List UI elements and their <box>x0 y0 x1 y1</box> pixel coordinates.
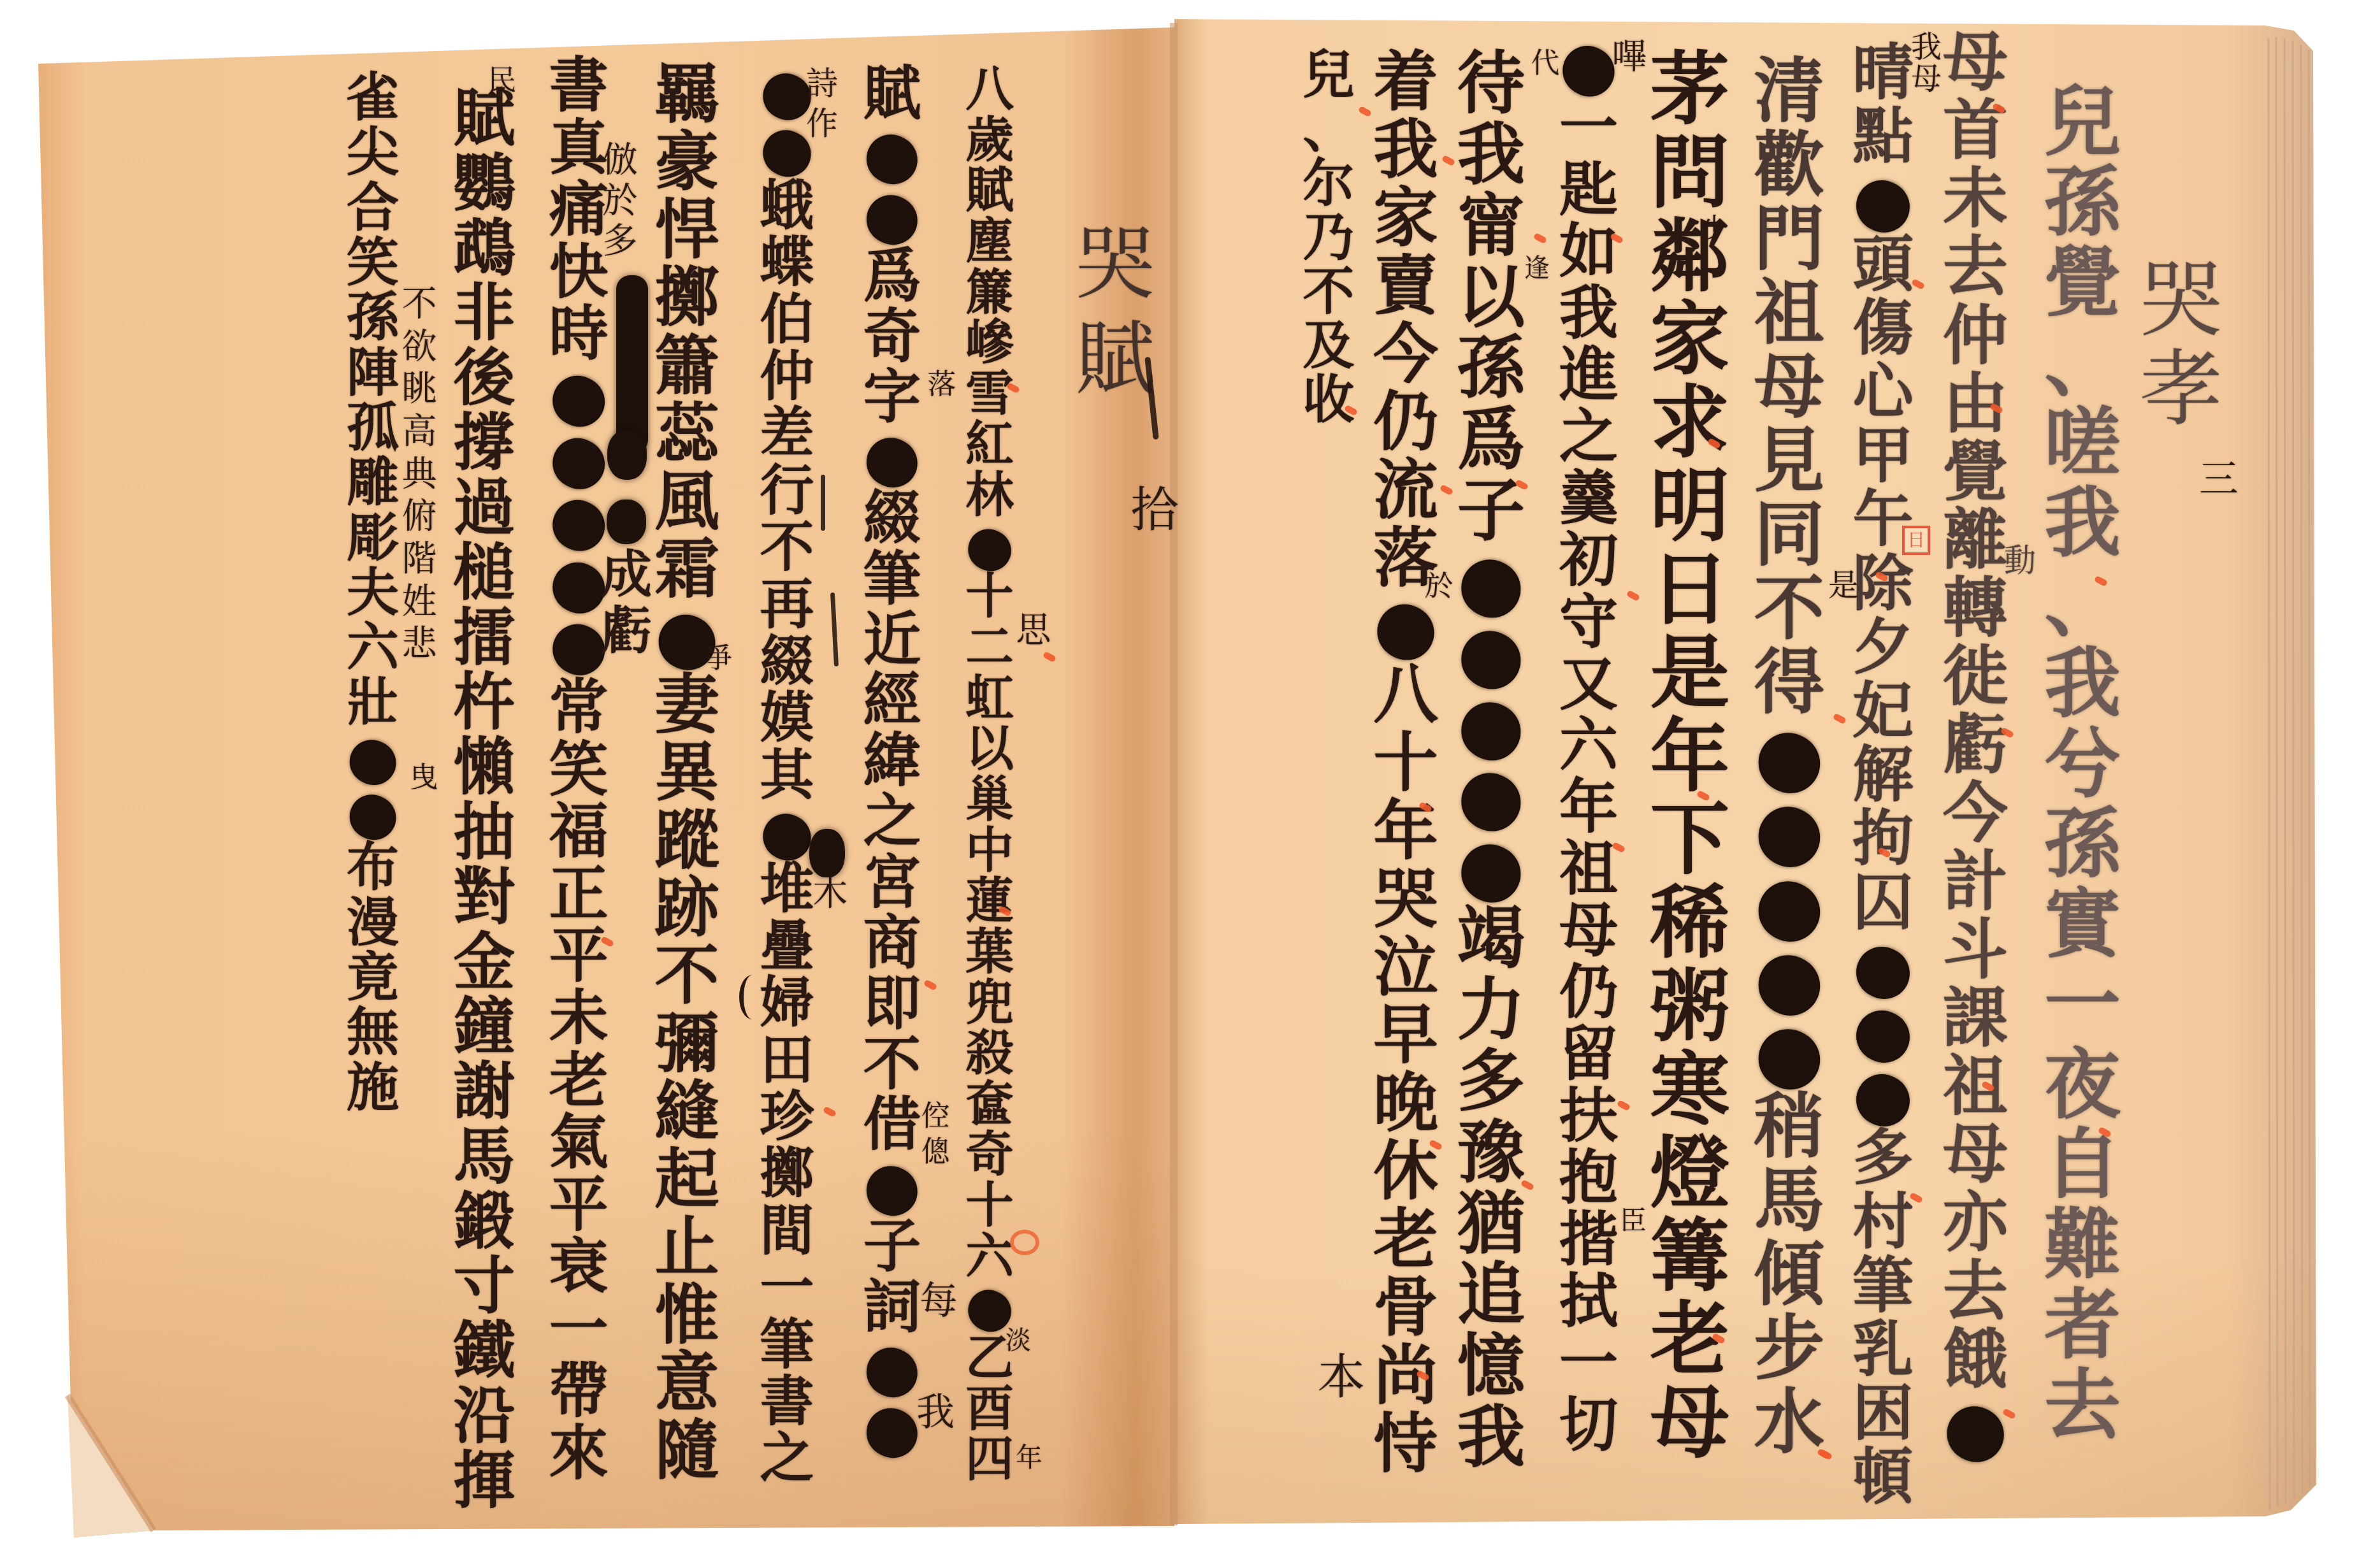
character: 不 <box>1747 572 1831 645</box>
character: 拾 <box>1126 486 1183 536</box>
character: 解 <box>1847 744 1919 807</box>
character: 我 <box>1450 1402 1532 1473</box>
character: 猶 <box>1450 1188 1532 1260</box>
character: 篝 <box>1642 1214 1737 1298</box>
character: 風 <box>648 468 725 535</box>
character: 常 <box>543 676 614 738</box>
ink-blot: ● <box>1847 1063 1919 1126</box>
character: 爲 <box>858 246 927 306</box>
character: 不 <box>754 519 819 576</box>
character: 母 <box>1937 29 2014 97</box>
character: 孫 <box>2037 163 2128 243</box>
character: 嗶 <box>1608 38 1650 75</box>
right-page-column-9: 兒、尔乃不及收 <box>1298 48 1360 427</box>
character: 簾 <box>961 267 1019 318</box>
character: 覺 <box>1937 438 2014 507</box>
character: 拘 <box>1847 807 1919 871</box>
ink-blot: ● <box>1367 593 1445 661</box>
character: 鐵 <box>447 1318 521 1383</box>
character: 計 <box>1937 848 2014 916</box>
character: 如 <box>1554 220 1624 282</box>
character: 一 <box>1554 97 1624 159</box>
right-page-column-3: 晴點●頭傷心甲午除夕妃解拘囚●●●多村筆乳困頓 <box>1847 41 1919 1510</box>
character: 傷 <box>1847 297 1919 361</box>
character: 壯 <box>342 675 404 730</box>
character: 懶 <box>447 735 521 800</box>
character: 一 <box>754 1260 819 1316</box>
character: 收 <box>1298 373 1360 427</box>
character: 之 <box>1554 406 1624 468</box>
right-page-title: 哭孝 <box>2132 255 2231 433</box>
ink-blot <box>607 430 647 480</box>
character: 來 <box>543 1422 614 1485</box>
ink-blot: ● <box>1747 793 1831 867</box>
character: 其 <box>754 747 819 804</box>
character: 、 <box>1298 102 1360 156</box>
character: 於 <box>1422 571 1456 601</box>
character: 葉 <box>961 926 1019 977</box>
right-page-section-number: 三 <box>2195 459 2242 500</box>
character: 鵡 <box>447 216 521 281</box>
character: 彌 <box>648 1010 725 1077</box>
left-page-column-6: 賦鸚鵡非後撐過槌擂杵懶抽對金鐘謝馬鍛寸鐵沿揮 <box>447 86 521 1513</box>
margin-note: 於 <box>1422 571 1456 601</box>
character: 平 <box>543 924 614 987</box>
character: 惟 <box>648 1281 725 1349</box>
left-page-column-7: 雀尖合笑孫陣孤雕彫夫六壯●●布漫竟無施 <box>342 70 404 1115</box>
character: 不 <box>858 1034 927 1095</box>
character: 孫 <box>2037 805 2128 885</box>
character: 多 <box>1450 1046 1532 1117</box>
ink-bracket-mark <box>739 975 765 1019</box>
character: 徙 <box>1937 643 2014 711</box>
character: 杵 <box>447 670 521 735</box>
character: 尚 <box>1367 1342 1445 1410</box>
character: 綴 <box>754 633 819 690</box>
character: 宮 <box>858 852 927 913</box>
character: 步 <box>1747 1311 1831 1385</box>
character: 三 <box>2195 459 2242 500</box>
character: 母 <box>1908 64 1945 96</box>
character: 子 <box>858 1216 927 1277</box>
character: 歲 <box>961 115 1019 166</box>
character: 倣 <box>599 140 641 180</box>
character: 去 <box>1937 1258 2014 1326</box>
ink-blot: ● <box>1847 169 1919 233</box>
character: 賦 <box>961 165 1019 216</box>
margin-note: 動 <box>2001 544 2039 578</box>
margin-note: 倣於多 <box>599 140 641 261</box>
character: 是 <box>1642 631 1737 715</box>
character: 欲 <box>398 325 440 368</box>
spine-shadow <box>1170 23 1178 1525</box>
character: 斗 <box>1937 916 2014 984</box>
character: 孝 <box>2132 344 2231 433</box>
character: 奇 <box>961 1129 1019 1180</box>
ink-blot: ● <box>1450 547 1532 618</box>
character: 筆 <box>754 1317 819 1374</box>
character: 傾 <box>1747 1237 1831 1311</box>
character: 臣 <box>1617 1207 1649 1235</box>
character: 追 <box>1450 1259 1532 1330</box>
character: 八 <box>1367 661 1445 729</box>
character: 傯 <box>918 1134 953 1170</box>
character: 羹 <box>1554 468 1624 529</box>
margin-note: 代 <box>1528 48 1562 78</box>
character: 八 <box>961 64 1019 115</box>
character: 乳 <box>1847 1318 1919 1382</box>
character: 平 <box>543 1174 614 1236</box>
character: 覺 <box>2037 243 2128 324</box>
character: 氣 <box>543 1111 614 1174</box>
character: 老 <box>543 1049 614 1112</box>
right-page-column-4: 清歡門祖母見同不得●●●●●稍馬傾步水 <box>1747 54 1831 1459</box>
character: 再 <box>754 577 819 633</box>
margin-note: 嗶 <box>1608 38 1650 75</box>
character: 餓 <box>1937 1326 2014 1394</box>
character: 自 <box>2037 1125 2128 1205</box>
ink-blot: ● <box>1747 719 1831 793</box>
character: 年 <box>1554 776 1624 838</box>
character: 伯 <box>754 292 819 349</box>
character: 稍 <box>1747 1090 1831 1163</box>
margin-note: 不欲眺高典俯階姓悲 <box>398 282 440 665</box>
ink-blot: ● <box>1450 618 1532 689</box>
margin-note: 倥傯 <box>918 1098 953 1170</box>
character: 爭 <box>701 643 735 673</box>
character: 兮 <box>2037 724 2128 805</box>
character: 漫 <box>342 895 404 950</box>
character: 點 <box>1847 105 1919 169</box>
character: 由 <box>1937 370 2014 438</box>
character: 筆 <box>1847 1255 1919 1318</box>
character: 進 <box>1554 344 1624 406</box>
character: 日 <box>1642 548 1737 631</box>
character: 匙 <box>1554 159 1624 220</box>
margin-note: 落 <box>925 369 959 399</box>
character: 布 <box>342 840 404 895</box>
character: 明 <box>1642 464 1737 548</box>
character: 縫 <box>648 1077 725 1145</box>
character: 每 <box>916 1281 962 1321</box>
character: 馬 <box>1747 1163 1831 1237</box>
character: 蛾 <box>754 178 819 234</box>
left-page-column-5: 書真痛快時●●●●●常笑福正平未老氣平衰一帶來 <box>543 54 614 1485</box>
character: 去 <box>1937 233 2014 301</box>
character: 得 <box>1747 645 1831 719</box>
ink-blot: ● <box>961 1281 1019 1332</box>
character: 筆 <box>858 549 927 610</box>
character: 木 <box>809 875 851 912</box>
ink-blot: ● <box>543 365 614 428</box>
character: 之 <box>754 1430 819 1487</box>
character: 福 <box>543 800 614 863</box>
character: 緯 <box>858 731 927 791</box>
character: 未 <box>543 987 614 1049</box>
character: 心 <box>1847 361 1919 424</box>
character: 下 <box>1642 798 1737 881</box>
red-seal: 日 <box>1902 526 1930 555</box>
ink-blot: ● <box>961 521 1019 572</box>
character: 早 <box>1367 1001 1445 1069</box>
character: 見 <box>1747 424 1831 498</box>
character: 羈 <box>648 61 725 128</box>
character: 妻 <box>648 671 725 738</box>
character: 鸚 <box>447 151 521 216</box>
character: 求 <box>1642 381 1737 464</box>
character: 撐 <box>447 410 521 475</box>
character: 流 <box>1367 456 1445 524</box>
character: 又 <box>1554 653 1624 715</box>
character: 、 <box>2037 324 2128 404</box>
character: 十 <box>961 571 1019 622</box>
character: 六 <box>1554 714 1624 776</box>
character: 綴 <box>858 488 927 549</box>
character: 過 <box>447 475 521 540</box>
character: 本 <box>1313 1353 1370 1403</box>
character: 悲 <box>398 622 440 665</box>
character: 槌 <box>447 540 521 605</box>
character: 歡 <box>1747 128 1831 202</box>
character: 尖 <box>342 125 404 180</box>
character: 水 <box>1747 1385 1831 1459</box>
character: 正 <box>543 863 614 925</box>
ink-blot: ● <box>858 185 927 245</box>
character: 田 <box>754 1032 819 1089</box>
character: 雪 <box>961 368 1019 419</box>
character: 以 <box>1450 262 1532 333</box>
character: 商 <box>858 913 927 974</box>
character: 燈 <box>1642 1132 1737 1215</box>
character: 我 <box>1450 119 1532 191</box>
character: 後 <box>447 345 521 410</box>
character: 我 <box>1554 282 1624 344</box>
character: 簫 <box>648 332 725 399</box>
character: 起 <box>648 1146 725 1213</box>
character: 初 <box>1554 529 1624 591</box>
character: 哭 <box>1067 217 1163 312</box>
character: 抽 <box>447 800 521 865</box>
character: 意 <box>648 1349 725 1416</box>
right-page-column-8: 着我家賣今仍流落●八十年哭泣早晚休老骨尚恃 <box>1367 48 1445 1478</box>
ink-blot: ● <box>1450 831 1532 903</box>
ink-blot <box>809 829 845 877</box>
character: 奩 <box>961 1079 1019 1130</box>
ink-blot: ● <box>858 428 927 488</box>
character: 擲 <box>754 1146 819 1202</box>
character: 不 <box>398 282 440 325</box>
margin-note: 逢 <box>1522 255 1552 282</box>
character: 年 <box>1642 715 1737 798</box>
character: 跡 <box>648 874 725 942</box>
margin-note: 我母 <box>1908 32 1945 96</box>
margin-note: 每 <box>916 1281 962 1321</box>
character: 豪 <box>648 128 725 196</box>
character: 着 <box>1367 48 1445 116</box>
character: 隨 <box>648 1416 725 1484</box>
left-page-number: 拾 <box>1126 486 1183 536</box>
character: 陣 <box>342 345 404 400</box>
character: 於 <box>599 180 641 221</box>
character: 珍 <box>754 1089 819 1146</box>
character: 夜 <box>2037 1046 2128 1126</box>
character: 憶 <box>1450 1330 1532 1402</box>
character: 是 <box>1825 570 1861 602</box>
character: 借 <box>858 1095 927 1155</box>
character: 中 <box>961 825 1019 876</box>
character: 茅 <box>1642 48 1737 131</box>
right-page-column-5: 茅問鄰家求明日是年下稀粥寒燈篝老母 <box>1642 48 1737 1465</box>
character: 字 <box>858 367 927 428</box>
character: 㠁 <box>961 317 1019 368</box>
left-page-column-3: ●●蛾蝶伯仲差行不再綴嫫其●堆疊婦田珍擲間一筆書之 <box>754 64 819 1488</box>
character: 泣 <box>1367 933 1445 1002</box>
character: 門 <box>1747 202 1831 276</box>
character: 兜 <box>961 977 1019 1028</box>
character: 馬 <box>447 1124 521 1189</box>
character: 之 <box>858 791 927 852</box>
ink-blot: ● <box>543 489 614 552</box>
character: 虧 <box>596 602 657 658</box>
character: 多 <box>599 220 641 261</box>
character: 蹤 <box>648 807 725 874</box>
ink-blot: ● <box>1747 1016 1831 1090</box>
character: 年 <box>1013 1444 1045 1472</box>
character: 今 <box>1367 320 1445 389</box>
character: 今 <box>1937 780 2014 848</box>
character: 頭 <box>1847 233 1919 297</box>
character: 六 <box>961 1231 1019 1282</box>
margin-note: 淡 <box>1003 1327 1034 1354</box>
margin-note: 是 <box>1825 570 1861 602</box>
character: 我 <box>2037 644 2128 724</box>
ink-blot: ● <box>342 785 404 840</box>
character: 蝶 <box>754 234 819 291</box>
ink-blot: ● <box>1847 999 1919 1063</box>
character: 彫 <box>342 510 404 565</box>
character: 十 <box>1367 729 1445 797</box>
character: 切 <box>1554 1394 1624 1456</box>
character: 恃 <box>1367 1410 1445 1478</box>
margin-note: 爭 <box>701 643 735 673</box>
character: 沿 <box>447 1383 521 1448</box>
ink-blot: ● <box>543 428 614 490</box>
character: 祖 <box>1747 276 1831 350</box>
character: 非 <box>447 280 521 345</box>
character: 妃 <box>1847 680 1919 744</box>
character: 哭 <box>1367 865 1445 933</box>
character: 骨 <box>1367 1274 1445 1342</box>
character: 書 <box>543 54 614 117</box>
character: 家 <box>1642 298 1737 381</box>
character: 課 <box>1937 984 2014 1053</box>
character: 經 <box>858 670 927 731</box>
character: 年 <box>1367 797 1445 865</box>
character: 動 <box>2001 544 2039 578</box>
margin-note: 少 <box>1697 213 1731 243</box>
ink-blot: ● <box>858 1156 927 1216</box>
character: 擂 <box>447 605 521 670</box>
character: 我 <box>1367 116 1445 184</box>
right-page-column-7: 待我甯以孫爲子●●●●●竭力多豫猶追憶我 <box>1450 48 1532 1473</box>
character: 爲 <box>1450 404 1532 475</box>
character: 母 <box>1554 900 1624 961</box>
character: 抱 <box>1554 1147 1624 1209</box>
margin-note: 我 <box>912 1393 958 1433</box>
character: 虧 <box>1937 711 2014 779</box>
character: 書 <box>754 1374 819 1430</box>
ink-blot: ● <box>1747 868 1831 942</box>
character: 異 <box>648 738 725 806</box>
character: 守 <box>1554 591 1624 653</box>
character: 困 <box>1847 1382 1919 1446</box>
character: 竟 <box>342 950 404 1005</box>
ink-blot <box>616 275 648 454</box>
left-page-column-4: 羈豪悍擲簫蕊風霜●妻異蹤跡不彌縫起止惟意隨 <box>648 61 725 1485</box>
ink-blot <box>607 500 646 544</box>
character: 奇 <box>858 306 927 367</box>
character: 老 <box>1367 1205 1445 1274</box>
character: 六 <box>342 620 404 675</box>
character: 母 <box>1642 1381 1737 1465</box>
margin-note: 年 <box>1013 1444 1045 1472</box>
character: 賦 <box>858 64 927 124</box>
character: 倥 <box>918 1098 953 1134</box>
character: 嫫 <box>754 690 819 747</box>
character: 悍 <box>648 196 725 264</box>
character: 多 <box>1847 1126 1919 1190</box>
character: 不 <box>648 942 725 1009</box>
character: 思 <box>1013 612 1055 649</box>
character: 少 <box>1697 213 1731 243</box>
character: 行 <box>754 463 819 519</box>
character: 眺 <box>398 367 440 410</box>
character: 我 <box>912 1393 958 1433</box>
character: 清 <box>1747 54 1831 128</box>
character: 實 <box>2037 885 2128 965</box>
character: 逢 <box>1522 255 1552 282</box>
character: 塵 <box>961 216 1019 267</box>
ink-blot: ● <box>1450 689 1532 761</box>
character: 竭 <box>1450 903 1532 974</box>
character: 淡 <box>1003 1327 1034 1354</box>
character: 蕊 <box>648 399 725 467</box>
ink-blot: ● <box>858 124 927 185</box>
character: 尔 <box>1298 156 1360 210</box>
character: 甲 <box>1847 424 1919 488</box>
character: 近 <box>858 610 927 670</box>
character: 嗟 <box>2037 404 2128 484</box>
character: 難 <box>2037 1205 2128 1286</box>
character: 休 <box>1367 1137 1445 1205</box>
character: 二 <box>961 622 1019 673</box>
character: 揮 <box>447 1448 521 1513</box>
character: 高 <box>398 410 440 452</box>
character: 合 <box>342 180 404 235</box>
character: 成 <box>596 546 657 602</box>
character: 亦 <box>1937 1189 2014 1257</box>
character: 仲 <box>754 349 819 405</box>
character: 家 <box>1367 184 1445 252</box>
margin-note: 本 <box>1313 1353 1370 1403</box>
character: 虹 <box>961 673 1019 724</box>
character: 姓 <box>398 580 440 622</box>
character: 揩 <box>1554 1209 1624 1270</box>
character: 笑 <box>543 738 614 801</box>
character: 寒 <box>1642 1048 1737 1132</box>
character: 寸 <box>447 1254 521 1319</box>
character: 去 <box>2037 1366 2128 1446</box>
